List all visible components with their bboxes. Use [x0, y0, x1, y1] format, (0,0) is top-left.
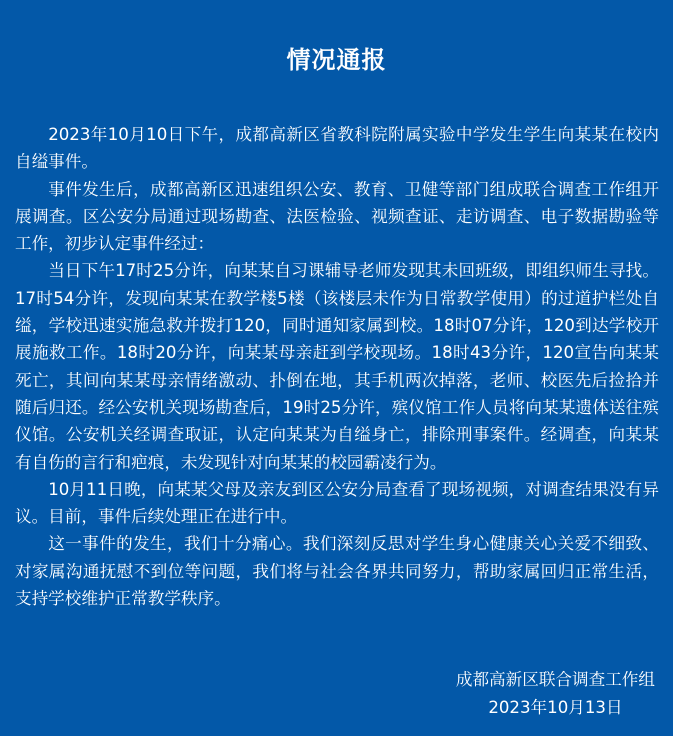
paragraph-reflection: 这一事件的发生，我们十分痛心。我们深刻反思对学生身心健康关心关爱不细致、对家属沟…	[15, 530, 659, 612]
paragraph-incident: 2023年10月10日下午，成都高新区省教科院附属实验中学发生学生向某某在校内自…	[15, 121, 659, 176]
notice-body: 2023年10月10日下午，成都高新区省教科院附属实验中学发生学生向某某在校内自…	[15, 121, 659, 612]
notice-page: 情况通报 2023年10月10日下午，成都高新区省教科院附属实验中学发生学生向某…	[0, 0, 673, 736]
signature-organization: 成都高新区联合调查工作组	[456, 666, 655, 694]
notice-title: 情况通报	[0, 44, 673, 76]
paragraph-family-review: 10月11日晚，向某某父母及亲友到区公安分局查看了现场视频，对调查结果没有异议。…	[15, 476, 659, 531]
paragraph-investigation: 事件发生后，成都高新区迅速组织公安、教育、卫健等部门组成联合调查工作组开展调查。…	[15, 176, 659, 258]
paragraph-timeline: 当日下午17时25分许，向某某自习课辅导老师发现其未回班级，即组织师生寻找。17…	[15, 257, 659, 475]
signature-block: 成都高新区联合调查工作组 2023年10月13日	[456, 666, 655, 722]
signature-date: 2023年10月13日	[456, 694, 655, 722]
